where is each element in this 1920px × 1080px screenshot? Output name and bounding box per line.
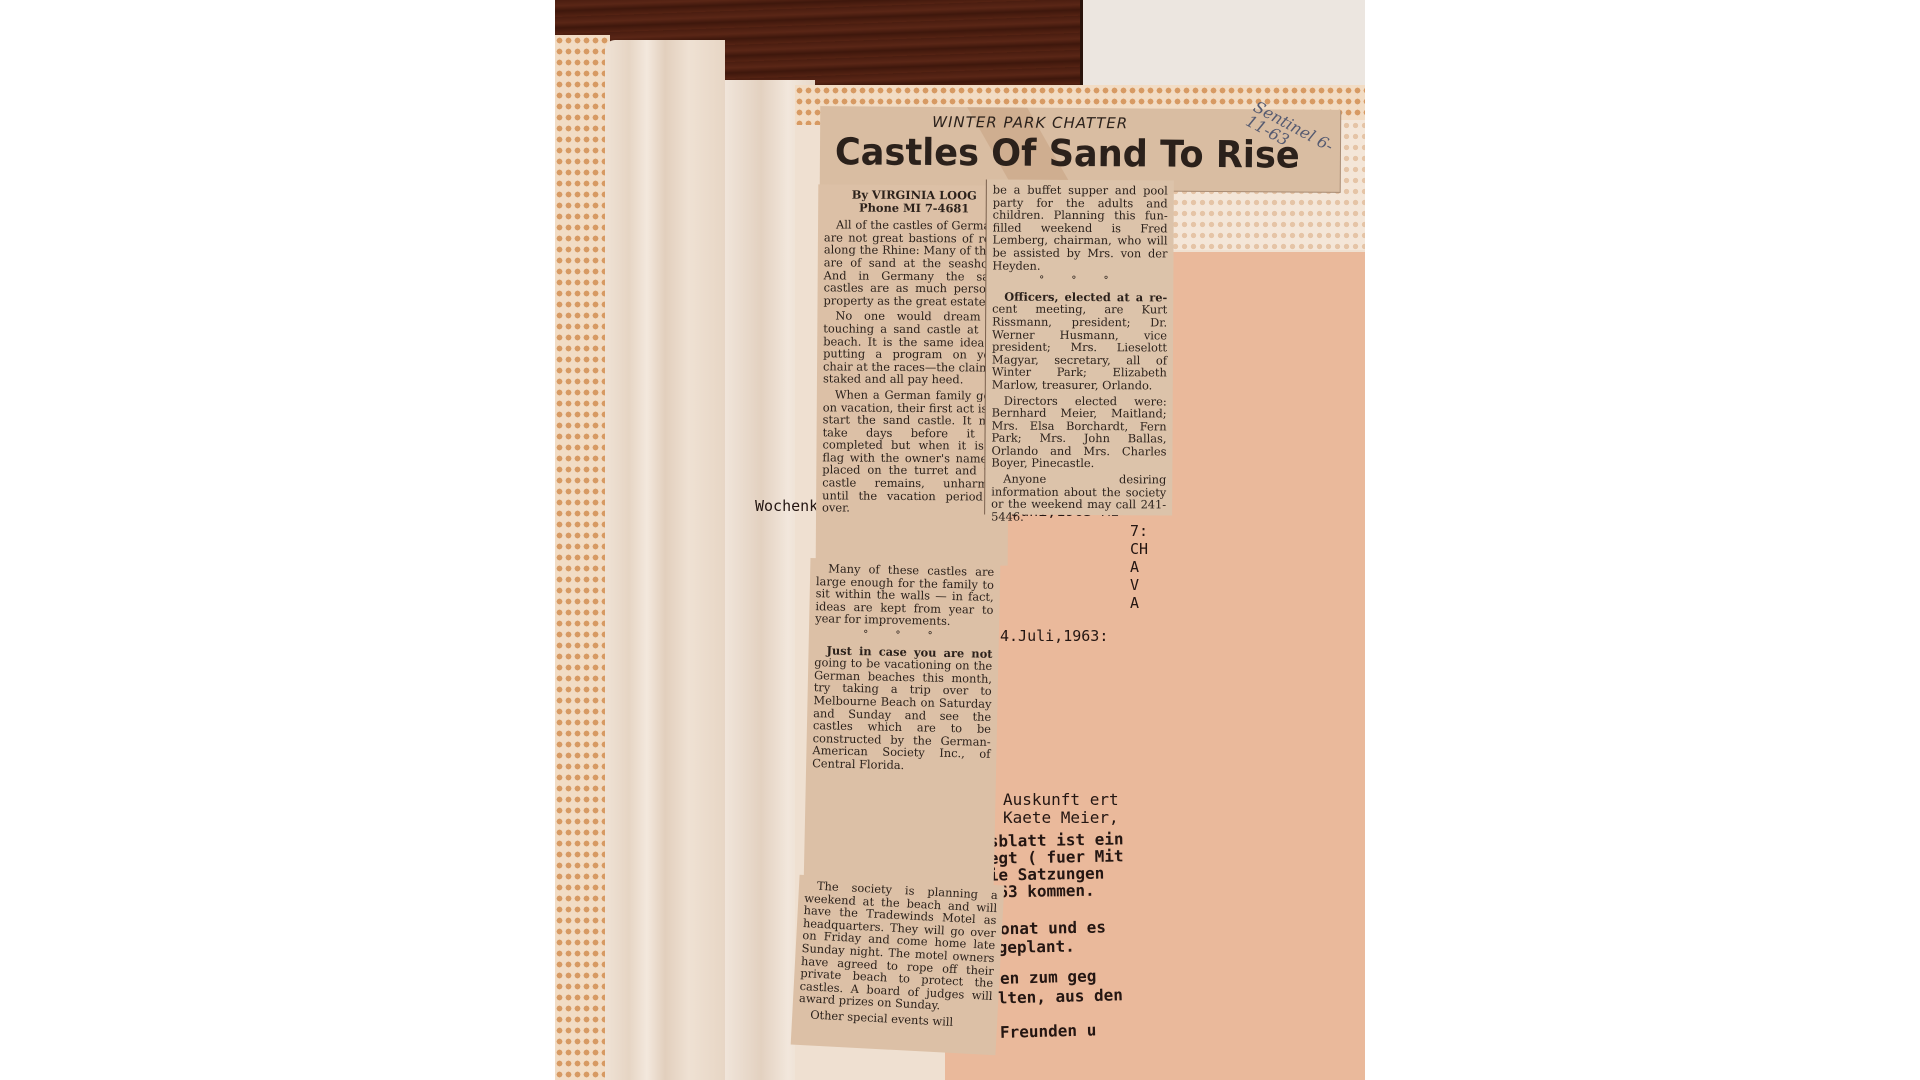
typed-line: Kaete Meier, <box>1003 808 1119 827</box>
typed-line: CH <box>1130 540 1148 558</box>
separator: ° ° ° <box>815 628 993 644</box>
clipping-header: WINTER PARK CHATTER Castles Of Sand To R… <box>820 106 1341 192</box>
headline: Castles Of Sand To Rise <box>835 130 1300 176</box>
paragraph: Anyone desiring information about the so… <box>991 473 1166 524</box>
byline: By VIRGINIA LOOGPhone MI 7-4681 <box>824 188 1004 214</box>
article-column-1b: Many of these castles are large enough f… <box>804 558 1001 892</box>
paragraph: When a German family goes on vacation, t… <box>822 388 1003 515</box>
paragraph: Officers, elected at a re- cent meeting,… <box>992 290 1168 392</box>
typed-line: V <box>1130 576 1139 594</box>
typed-line: A <box>1130 558 1139 576</box>
article-column-1: By VIRGINIA LOOGPhone MI 7-4681 All of t… <box>816 184 1011 565</box>
typed-line: A <box>1130 594 1139 612</box>
paragraph: All of the castles of Germany are not gr… <box>823 219 1004 308</box>
article-column-2: be a buffet supper and pool party for th… <box>984 180 1174 516</box>
paragraph: Just in case you are not going to be vac… <box>812 644 993 774</box>
typed-line: Auskunft ert <box>1003 790 1119 809</box>
book-page-edges <box>605 40 725 1080</box>
paragraph: Many of these castles are large enough f… <box>815 562 994 629</box>
paragraph: Directors elected were: Bernhard Meier, … <box>991 394 1166 470</box>
paragraph: be a buffet supper and pool party for th… <box>992 184 1167 273</box>
scrapbook-photo: MITTEILUNGSBLAT S C H A M E R I K Mittei… <box>555 0 1365 1080</box>
separator: ° ° ° <box>992 275 1167 289</box>
dotted-border-left <box>555 35 610 1080</box>
paragraph: No one would dream of touching a sand ca… <box>823 310 1004 387</box>
article-column-1c: The society is planning a weekend at the… <box>791 875 1005 1055</box>
typed-line: 4.Juli,1963: <box>1000 627 1108 645</box>
typed-line: 7: <box>1130 522 1148 540</box>
paragraph: The society is planning a weekend at the… <box>799 879 998 1015</box>
white-card-background <box>1080 0 1365 90</box>
